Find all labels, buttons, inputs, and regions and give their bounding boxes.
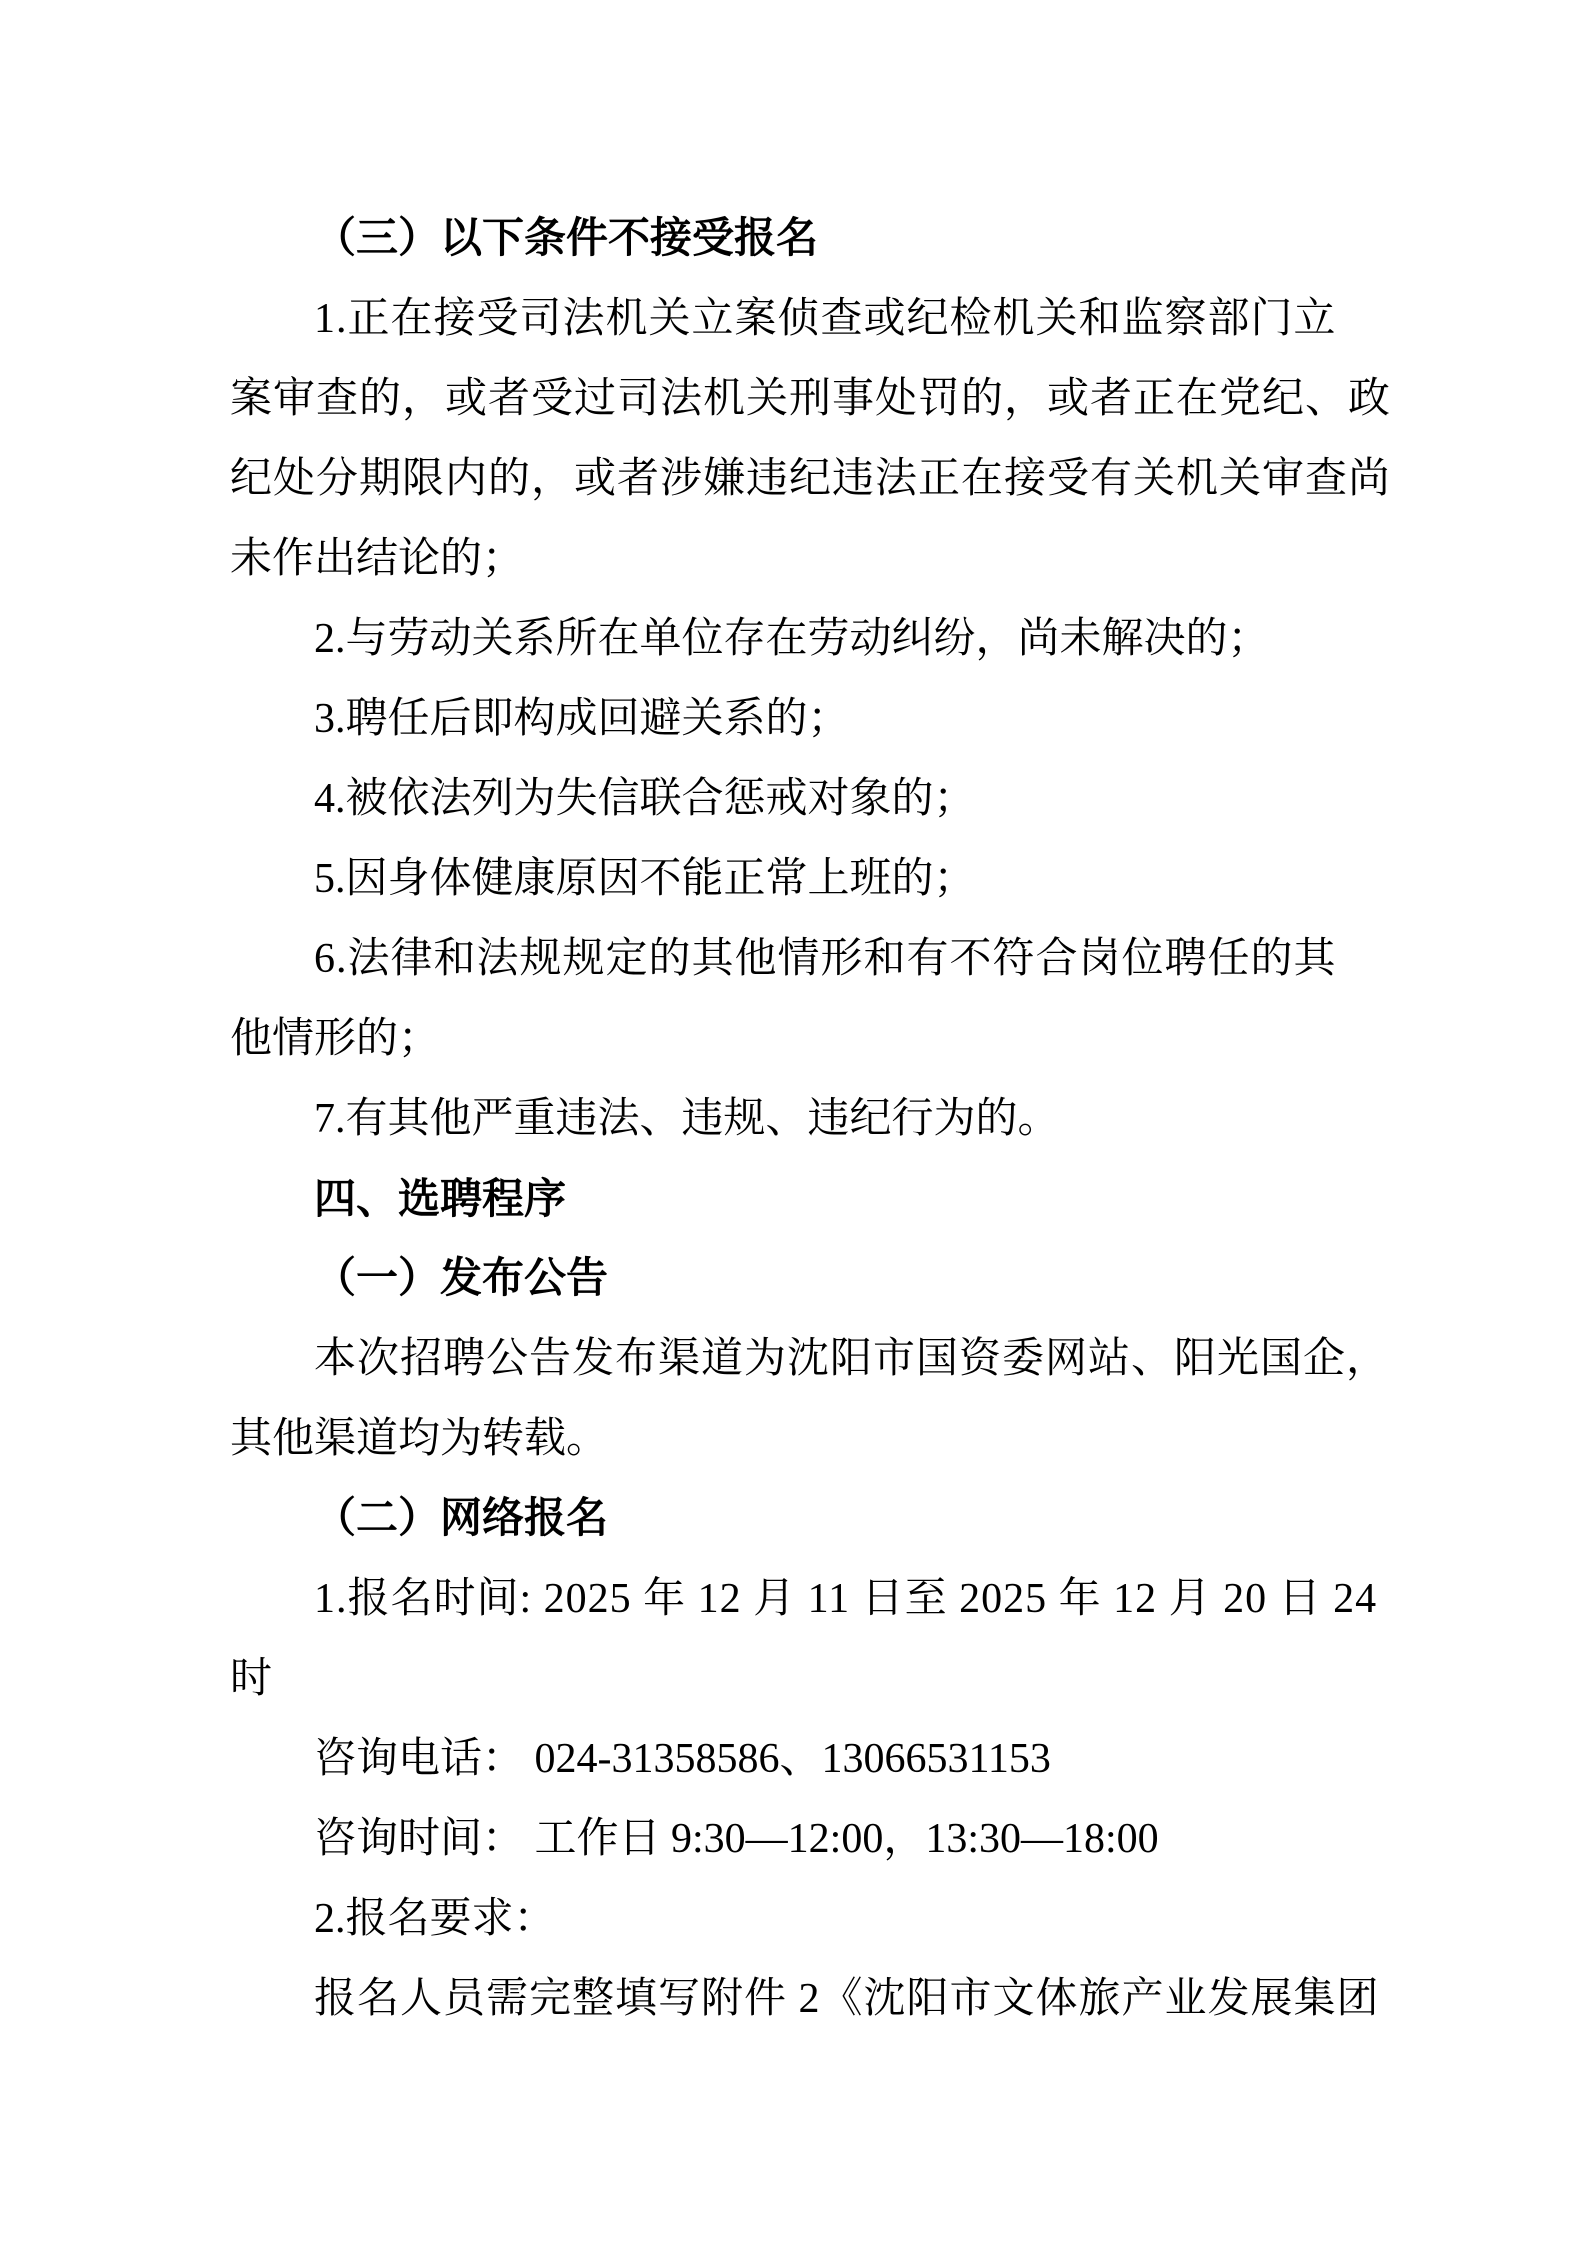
text-line-registration-time: 1.报名时间: 2025 年 12 月 11 日至 2025 年 12 月 20… xyxy=(230,1559,1366,1639)
text-line: 本次招聘公告发布渠道为沈阳市国资委网站、阳光国企， xyxy=(230,1319,1366,1399)
text-line: 3.聘任后即构成回避关系的； xyxy=(230,679,1366,759)
text-line: 其他渠道均为转载。 xyxy=(230,1399,1366,1479)
text-line: 未作出结论的； xyxy=(230,519,1366,599)
text-line: 2.报名要求： xyxy=(230,1879,1366,1959)
section-heading-1: （一）发布公告 xyxy=(230,1239,1366,1319)
text-line: 2.与劳动关系所在单位存在劳动纠纷，尚未解决的； xyxy=(230,599,1366,679)
text-line-hours: 咨询时间： 工作日 9:30—12:00，13:30—18:00 xyxy=(230,1799,1366,1879)
text-line: 4.被依法列为失信联合惩戒对象的； xyxy=(230,759,1366,839)
text-line-phone: 咨询电话： 024-31358586、13066531153 xyxy=(230,1719,1366,1799)
text-line: 时 xyxy=(230,1639,1366,1719)
text-line: 案审查的，或者受过司法机关刑事处罚的，或者正在党纪、政 xyxy=(230,359,1366,439)
section-heading-2: （二）网络报名 xyxy=(230,1479,1366,1559)
text-line: 报名人员需完整填写附件 2《沈阳市文体旅产业发展集团 xyxy=(230,1959,1366,2039)
chapter-heading-4: 四、选聘程序 xyxy=(230,1159,1366,1239)
text-line: 纪处分期限内的，或者涉嫌违纪违法正在接受有关机关审查尚 xyxy=(230,439,1366,519)
document-page: （三）以下条件不接受报名 1.正在接受司法机关立案侦查或纪检机关和监察部门立 案… xyxy=(0,0,1587,2245)
text-line: 5.因身体健康原因不能正常上班的； xyxy=(230,839,1366,919)
document-text-block: （三）以下条件不接受报名 1.正在接受司法机关立案侦查或纪检机关和监察部门立 案… xyxy=(230,199,1366,2039)
text-line: 1.正在接受司法机关立案侦查或纪检机关和监察部门立 xyxy=(230,279,1366,359)
section-heading-3: （三）以下条件不接受报名 xyxy=(230,199,1366,279)
text-line: 7.有其他严重违法、违规、违纪行为的。 xyxy=(230,1079,1366,1159)
text-line: 他情形的； xyxy=(230,999,1366,1079)
text-line: 6.法律和法规规定的其他情形和有不符合岗位聘任的其 xyxy=(230,919,1366,999)
